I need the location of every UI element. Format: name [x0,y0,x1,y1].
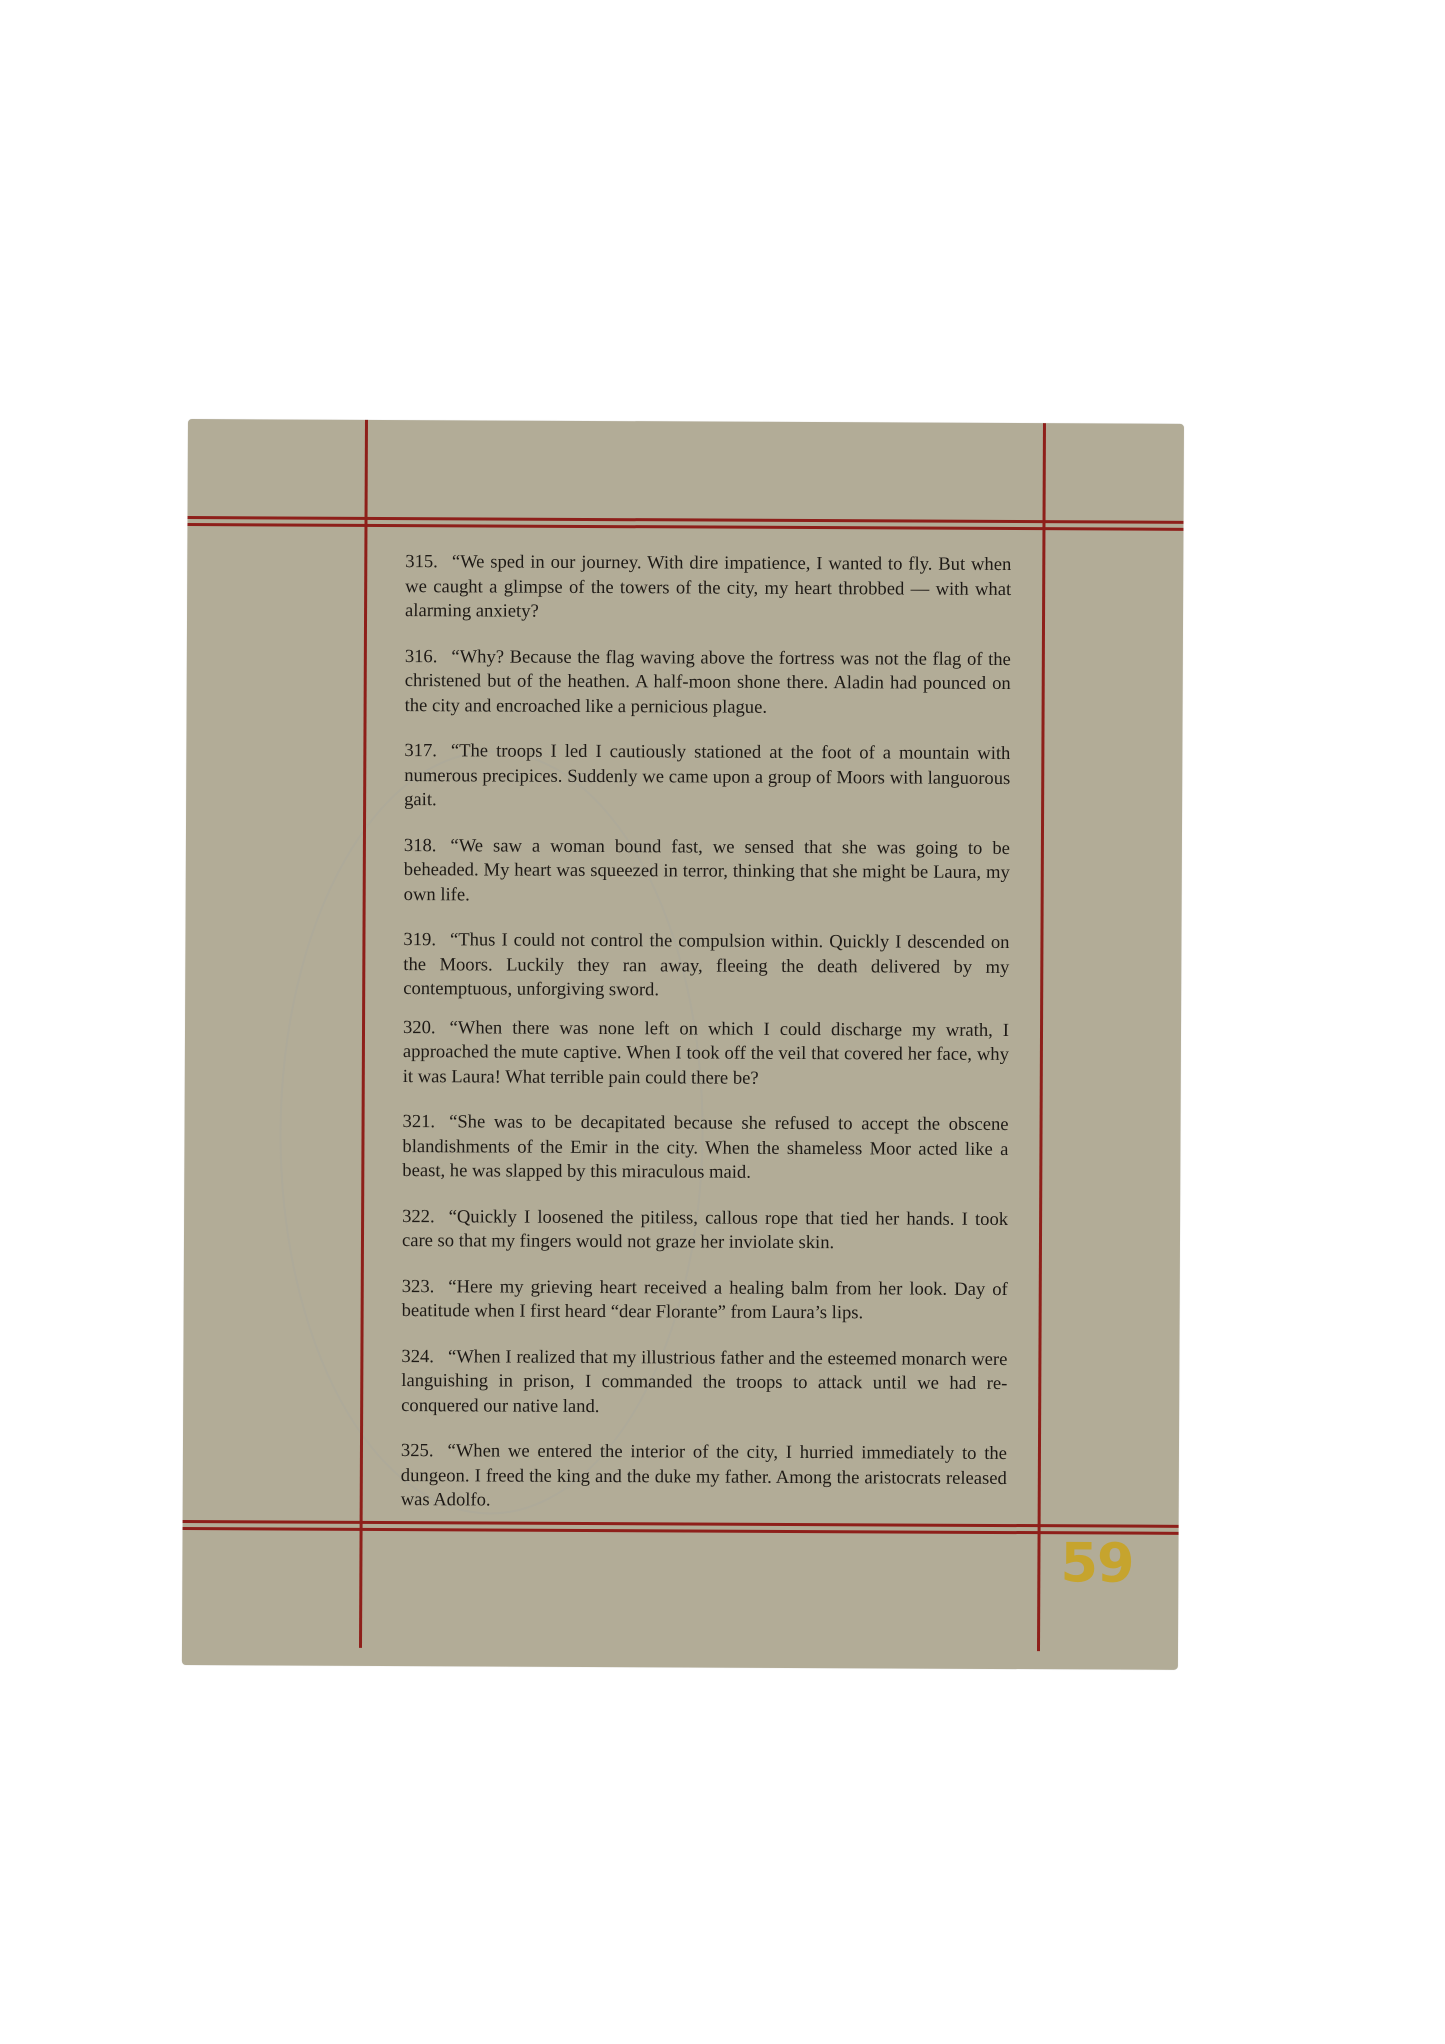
stanza-number: 320. [403,1016,436,1041]
stanza-323: 323.“Here my grieving heart received a h… [402,1275,1008,1327]
stanza-text: “Here my grieving heart received a heali… [402,1276,1008,1324]
stanza-325: 325.“When we entered the interior of the… [401,1439,1007,1515]
stanza-text: “Why? Because the flag waving above the … [405,646,1011,718]
top-horizontal-rule-inner [187,523,1183,531]
stanza-text: “She was to be decapitated because she r… [402,1111,1008,1182]
stanza-text: “The troops I led I cautiously stationed… [404,740,1010,810]
stanza-number: 324. [401,1345,434,1370]
top-horizontal-rule [188,516,1184,524]
stanza-text: “When I realized that my illustrious fat… [401,1346,1007,1417]
stanza-text: “Thus I could not control the compulsion… [403,929,1009,1000]
stanza-318: 318.“We saw a woman bound fast, we sense… [404,834,1010,910]
left-vertical-rule [359,420,368,1648]
stanza-315: 315.“We sped in our journey. With dire i… [405,550,1011,626]
stanza-number: 315. [405,550,438,575]
book-page: 315.“We sped in our journey. With dire i… [182,419,1184,1670]
stanza-317: 317.“The troops I led I cautiously stati… [404,739,1010,815]
stanza-number: 318. [404,834,437,859]
stanza-number: 317. [404,739,437,764]
page-number: 59 [1060,1533,1133,1593]
stanza-number: 319. [403,928,436,953]
stanza-316: 316.“Why? Because the flag waving above … [405,645,1011,721]
stanza-number: 316. [405,645,438,670]
stanza-text: “We saw a woman bound fast, we sensed th… [404,835,1010,905]
stanza-text: “We sped in our journey. With dire impat… [405,551,1011,621]
stanza-321: 321.“She was to be decapitated because s… [402,1110,1008,1186]
stanza-text-block: 315.“We sped in our journey. With dire i… [401,550,1012,1536]
right-vertical-rule [1037,423,1046,1651]
stanza-text: “When we entered the interior of the cit… [401,1440,1007,1510]
stanza-text: “When there was none left on which I cou… [403,1017,1009,1089]
stanza-319: 319.“Thus I could not control the compul… [403,928,1009,1004]
stanza-324: 324.“When I realized that my illustrious… [401,1345,1007,1421]
stanza-number: 322. [402,1205,435,1230]
stanza-number: 321. [403,1110,436,1135]
stanza-320: 320.“When there was none left on which I… [403,1016,1009,1092]
stanza-322: 322.“Quickly I loosened the pitiless, ca… [402,1205,1008,1257]
stanza-number: 323. [402,1275,435,1300]
stanza-number: 325. [401,1439,434,1464]
stanza-text: “Quickly I loosened the pitiless, callou… [402,1206,1008,1253]
